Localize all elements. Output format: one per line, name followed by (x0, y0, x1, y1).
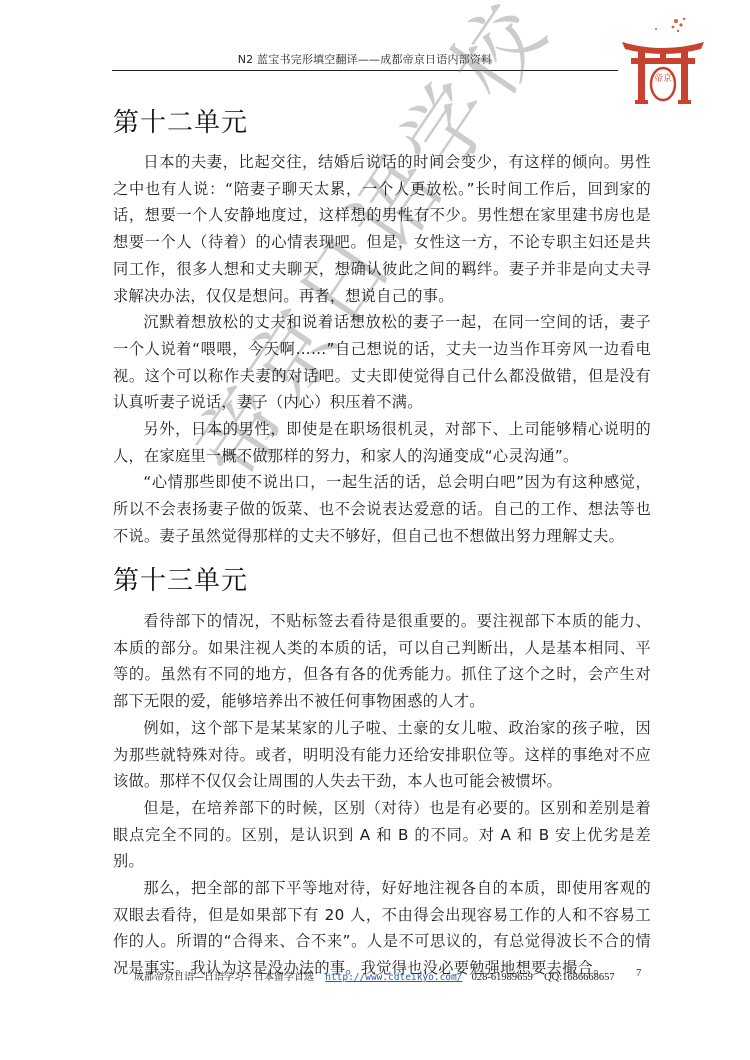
page-footer: 成都帝京日语—日语学习・日本留学首选 http://www.cdteikyo.c… (134, 968, 654, 983)
paragraph: “心情那些即使不说出口，一起生活的话，总会明白吧”因为有这种感觉，所以不会表扬妻… (113, 469, 651, 549)
footer-qq: QQ:1686668657 (544, 972, 615, 983)
paragraph: 沉默着想放松的丈夫和说着话想放松的妻子一起，在同一空间的话，妻子一个人说着“喂喂… (113, 309, 651, 416)
torii-gate-logo-icon: 帝京 (618, 14, 708, 106)
page-number: 7 (636, 967, 642, 979)
paragraph: 例如，这个部下是某某家的儿子啦、土豪的女儿啦、政治家的孩子啦，因为那些就特殊对待… (113, 715, 651, 795)
footer-org: 成都帝京日语—日语学习・日本留学首选 (134, 972, 314, 983)
header-divider (112, 70, 618, 71)
footer-website-link[interactable]: http://www.cdteikyo.com/ (325, 972, 462, 983)
paragraph: 但是，在培养部下的时候，区别（对待）也是有必要的。区别和差别是着眼点完全不同的。… (113, 795, 651, 875)
paragraph: 看待部下的情况，不贴标签去看待是很重要的。要注视部下本质的能力、本质的部分。如果… (113, 608, 651, 715)
paragraph: 另外，日本的男性，即使是在职场很机灵，对部下、上司能够精心说明的人，在家庭里一概… (113, 416, 651, 469)
paragraph: 那么，把全部的部下平等地对待，好好地注视各自的本质，即使用客观的双眼去看待，但是… (113, 875, 651, 982)
footer-phone: 028-61989659 (472, 972, 533, 983)
section-unit-13-body: 看待部下的情况，不贴标签去看待是很重要的。要注视部下本质的能力、本质的部分。如果… (113, 608, 651, 982)
section-title-unit-12: 第十二单元 (113, 102, 248, 139)
section-unit-12-body: 日本的夫妻，比起交往，结婚后说话的时间会变少，有这样的倾向。男性之中也有人说：“… (113, 149, 651, 550)
svg-text:帝京: 帝京 (654, 72, 672, 84)
header-title: N2 蓝宝书完形填空翻译——成都帝京日语内部资料 (112, 51, 618, 67)
section-title-unit-13: 第十三单元 (113, 560, 248, 597)
paragraph: 日本的夫妻，比起交往，结婚后说话的时间会变少，有这样的倾向。男性之中也有人说：“… (113, 149, 651, 309)
